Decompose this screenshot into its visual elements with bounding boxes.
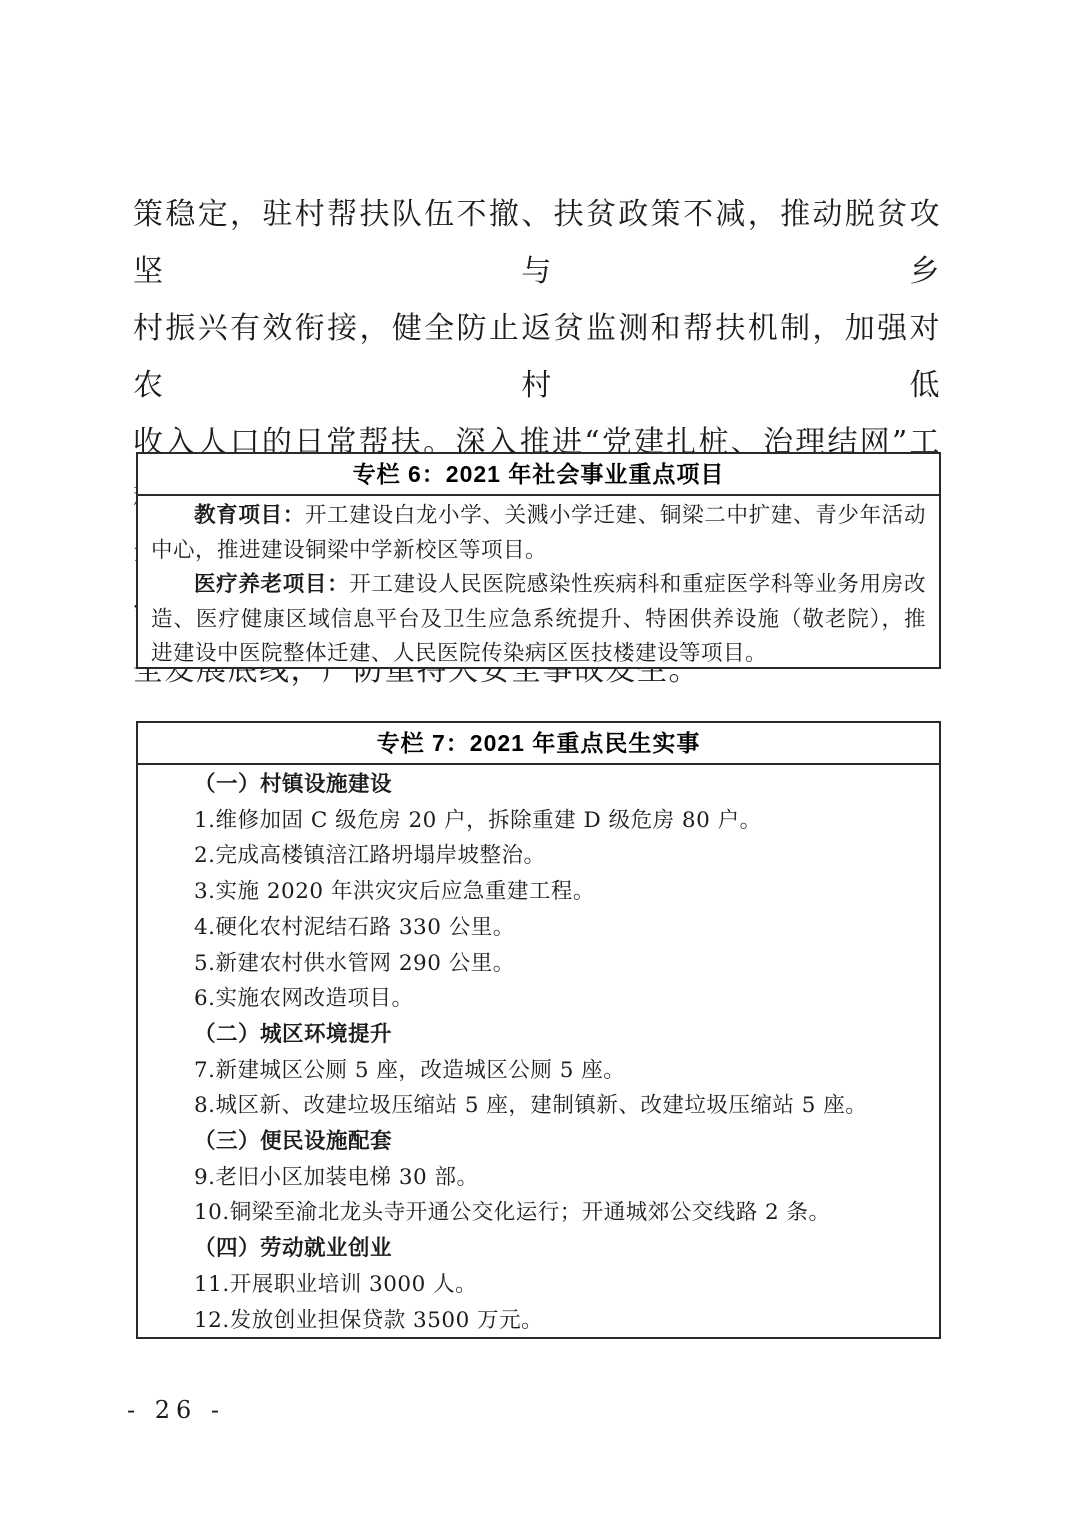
body-line: 村振兴有效衔接，健全防止返贫监测和帮扶机制，加强对农村低 (133, 300, 941, 414)
panel-7-list-item: 10.铜梁至渝北龙头寺开通公交化运行；开通城郊公交线路 2 条。 (151, 1195, 926, 1231)
panel-6-paragraph-medical: 医疗养老项目：开工建设人民医院感染性疾病科和重症医学科等业务用房改造、医疗健康区… (151, 568, 926, 672)
panel-7-section-heading: （四）劳动就业创业 (151, 1231, 926, 1267)
panel-7-list-item: 12.发放创业担保贷款 3500 万元。 (151, 1303, 926, 1339)
panel-7-list-item: 6.实施农网改造项目。 (151, 981, 926, 1017)
panel-column-7: 专栏 7：2021 年重点民生实事 （一）村镇设施建设 1.维修加固 C 级危房… (136, 721, 941, 1339)
panel-7-list-item: 7.新建城区公厕 5 座，改造城区公厕 5 座。 (151, 1053, 926, 1089)
panel-6-paragraph-medical-label: 医疗养老项目： (194, 572, 349, 597)
panel-7-title: 专栏 7：2021 年重点民生实事 (138, 723, 939, 765)
panel-7-list-item: 9.老旧小区加装电梯 30 部。 (151, 1160, 926, 1196)
panel-6-paragraph-education: 教育项目：开工建设白龙小学、关溅小学迁建、铜梁二中扩建、青少年活动中心，推进建设… (151, 499, 926, 568)
body-line: 策稳定，驻村帮扶队伍不撤、扶贫政策不减，推动脱贫攻坚与乡 (133, 186, 941, 300)
panel-6-paragraph-education-label: 教育项目： (194, 503, 305, 528)
panel-7-list-item: 11.开展职业培训 3000 人。 (151, 1267, 926, 1303)
panel-7-section-heading: （三）便民设施配套 (151, 1124, 926, 1160)
panel-6-title: 专栏 6：2021 年社会事业重点项目 (138, 454, 939, 496)
panel-column-6: 专栏 6：2021 年社会事业重点项目 教育项目：开工建设白龙小学、关溅小学迁建… (136, 452, 941, 669)
panel-7-list-item: 1.维修加固 C 级危房 20 户，拆除重建 D 级危房 80 户。 (151, 803, 926, 839)
panel-7-section-heading: （二）城区环境提升 (151, 1017, 926, 1053)
panel-7-section-heading: （一）村镇设施建设 (151, 767, 926, 803)
document-page: 策稳定，驻村帮扶队伍不撤、扶贫政策不减，推动脱贫攻坚与乡 村振兴有效衔接，健全防… (0, 0, 1074, 1520)
panel-6-body: 教育项目：开工建设白龙小学、关溅小学迁建、铜梁二中扩建、青少年活动中心，推进建设… (138, 496, 939, 676)
panel-7-list-item: 5.新建农村供水管网 290 公里。 (151, 946, 926, 982)
panel-7-list-item: 4.硬化农村泥结石路 330 公里。 (151, 910, 926, 946)
panel-7-list-item: 2.完成高楼镇涪江路坍塌岸坡整治。 (151, 838, 926, 874)
panel-7-body: （一）村镇设施建设 1.维修加固 C 级危房 20 户，拆除重建 D 级危房 8… (138, 765, 939, 1340)
page-number: - 26 - (127, 1396, 225, 1424)
panel-7-list-item: 3.实施 2020 年洪灾灾后应急重建工程。 (151, 874, 926, 910)
panel-7-list-item: 8.城区新、改建垃圾压缩站 5 座，建制镇新、改建垃圾压缩站 5 座。 (151, 1088, 926, 1124)
